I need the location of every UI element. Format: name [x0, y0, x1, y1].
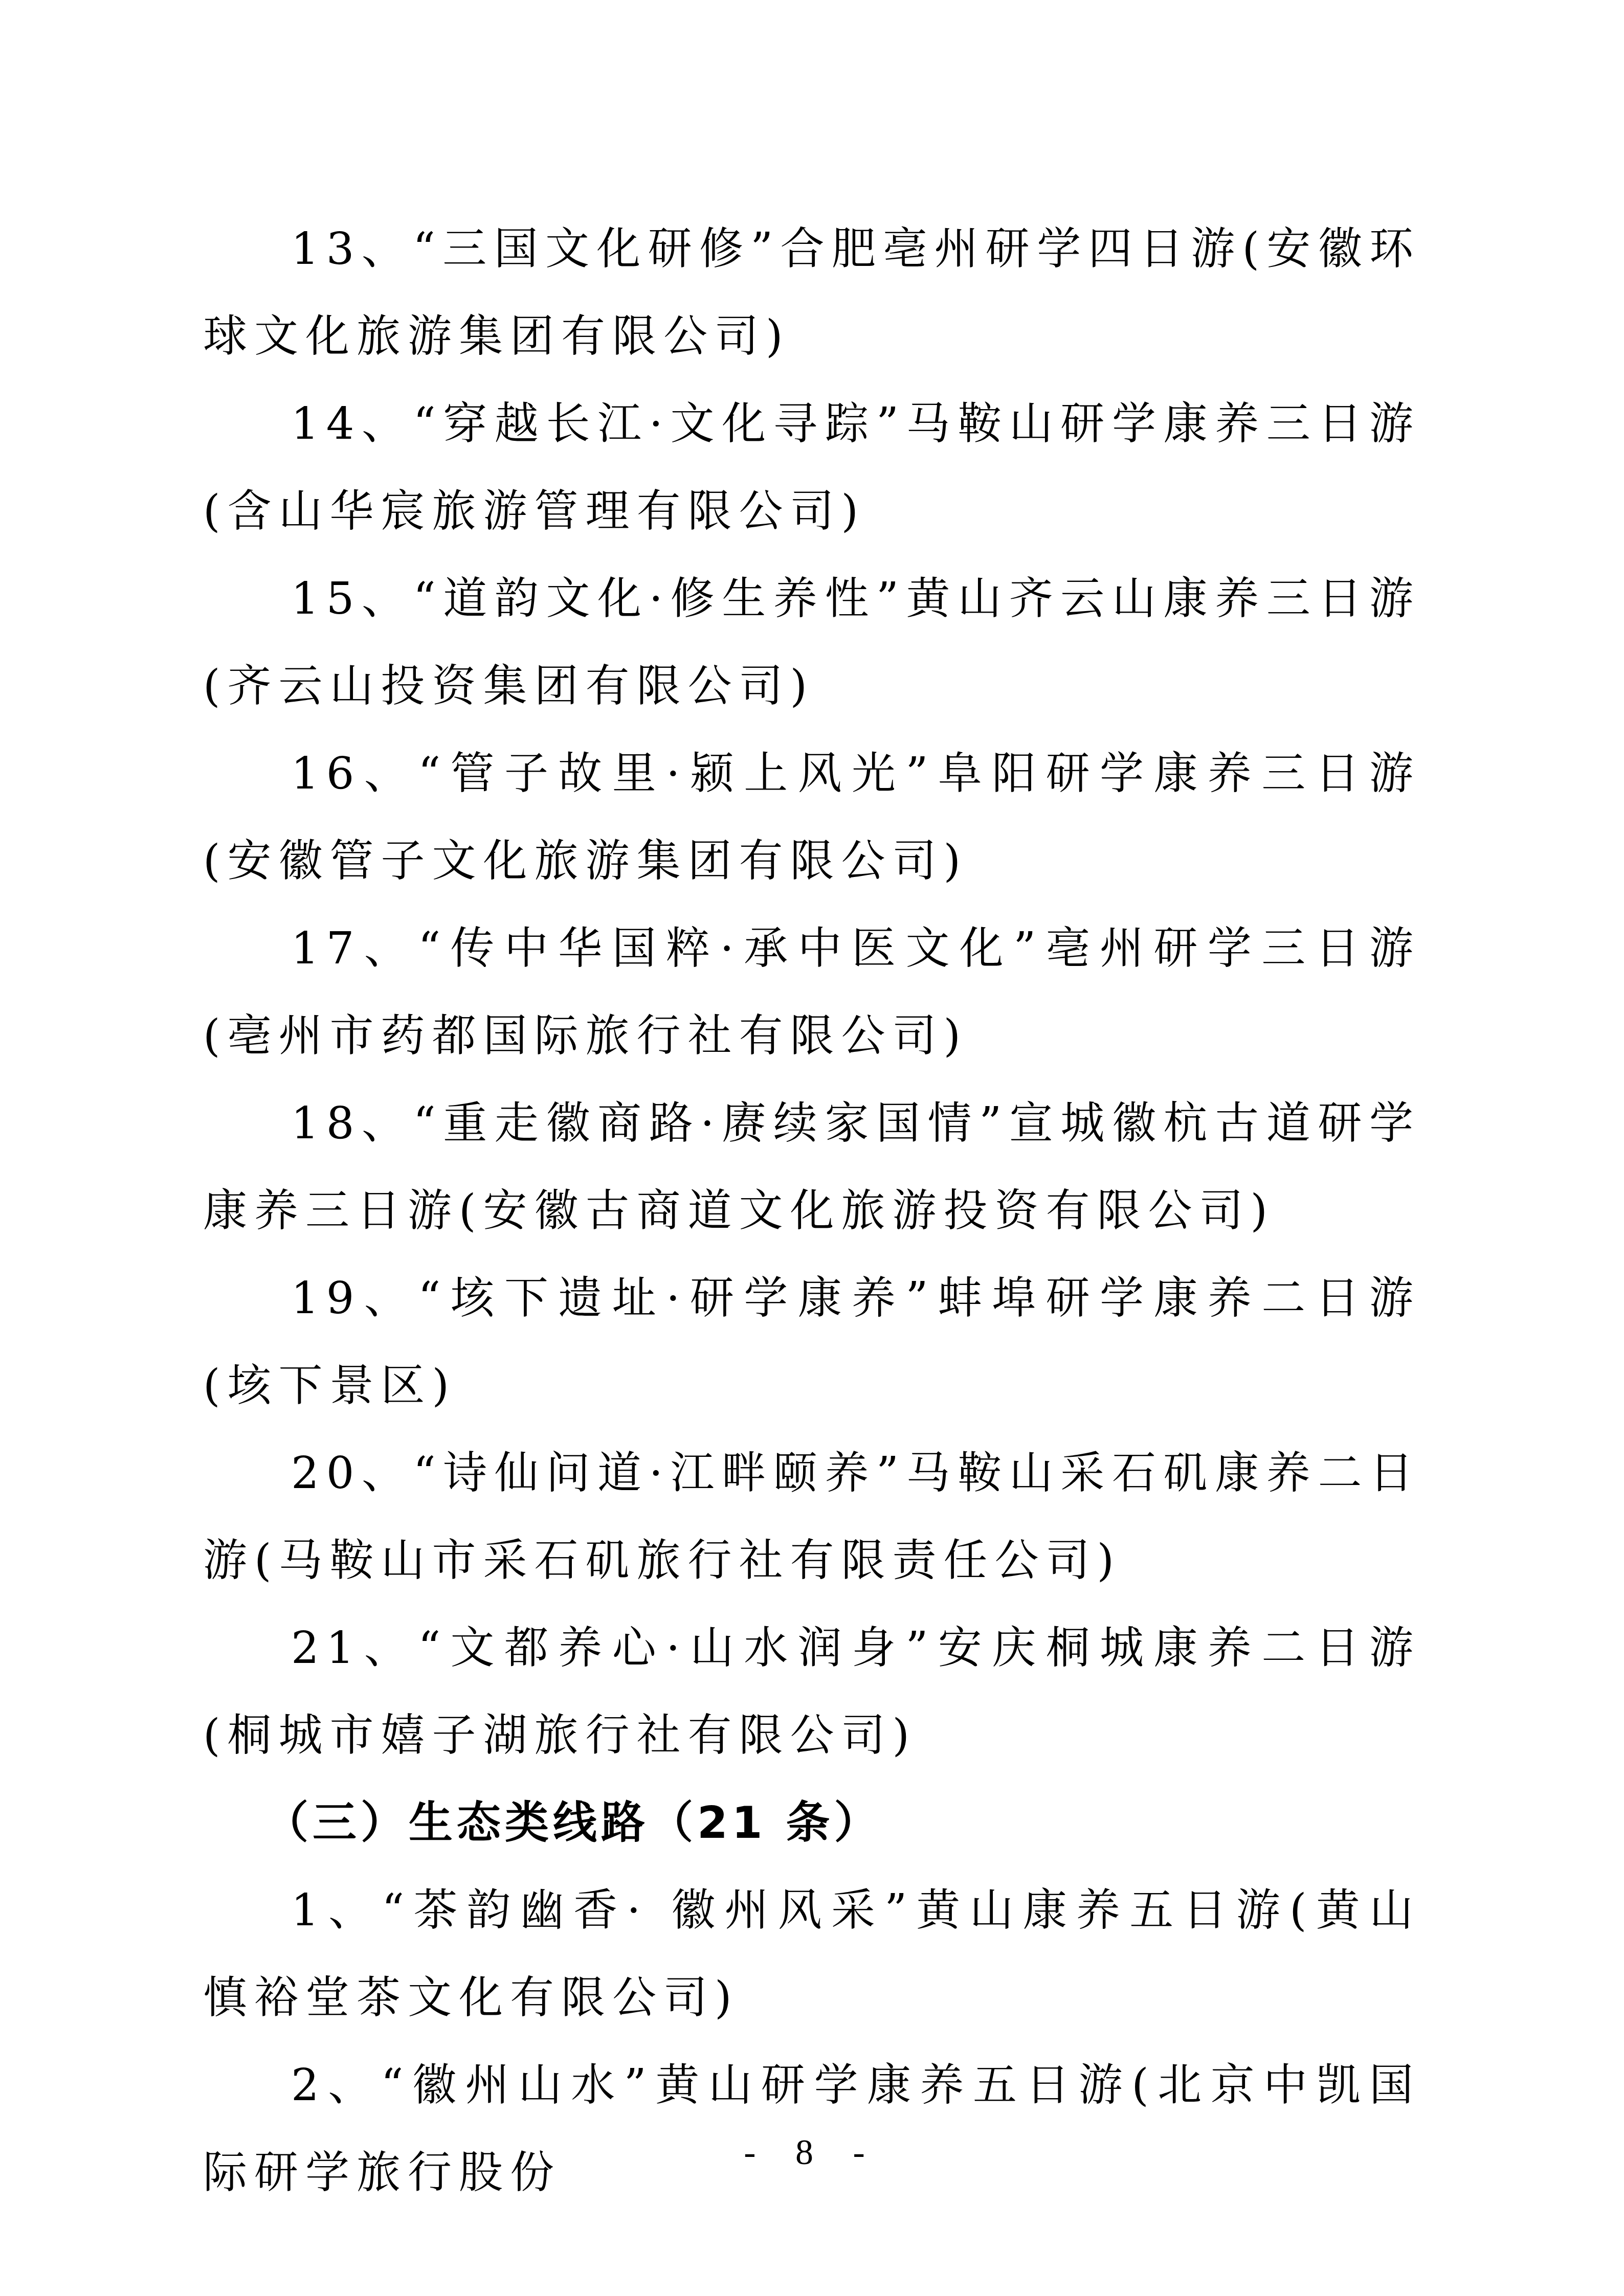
list-item-culture-13: 13、“三国文化研修”合肥亳州研学四日游(安徽环球文化旅游集团有限公司)	[203, 206, 1420, 380]
document-body: 13、“三国文化研修”合肥亳州研学四日游(安徽环球文化旅游集团有限公司) 14、…	[203, 206, 1420, 2217]
list-item-ecology-1: 1、“茶韵幽香· 徽州风采”黄山康养五日游(黄山慎裕堂茶文化有限公司)	[203, 1867, 1420, 2042]
section-heading-ecology: （三）生态类线路（21 条）	[203, 1780, 1420, 1867]
list-item-culture-15: 15、“道韵文化·修生养性”黄山齐云山康养三日游(齐云山投资集团有限公司)	[203, 555, 1420, 730]
list-item-culture-17: 17、“传中华国粹·承中医文化”亳州研学三日游(亳州市药都国际旅行社有限公司)	[203, 905, 1420, 1080]
page-number: - 8 -	[0, 2132, 1624, 2173]
list-item-culture-16: 16、“管子故里·颍上风光”阜阳研学康养三日游(安徽管子文化旅游集团有限公司)	[203, 730, 1420, 905]
list-item-ecology-2: 2、“徽州山水”黄山研学康养五日游(北京中凯国际研学旅行股份	[203, 2042, 1420, 2217]
list-item-culture-14: 14、“穿越长江·文化寻踪”马鞍山研学康养三日游(含山华宸旅游管理有限公司)	[203, 380, 1420, 555]
list-item-culture-19: 19、“垓下遗址·研学康养”蚌埠研学康养二日游(垓下景区)	[203, 1255, 1420, 1430]
list-item-culture-21: 21、“文都养心·山水润身”安庆桐城康养二日游(桐城市嬉子湖旅行社有限公司)	[203, 1605, 1420, 1780]
list-item-culture-20: 20、“诗仙问道·江畔颐养”马鞍山采石矶康养二日游(马鞍山市采石矶旅行社有限责任…	[203, 1430, 1420, 1605]
list-item-culture-18: 18、“重走徽商路·赓续家国情”宣城徽杭古道研学康养三日游(安徽古商道文化旅游投…	[203, 1080, 1420, 1255]
